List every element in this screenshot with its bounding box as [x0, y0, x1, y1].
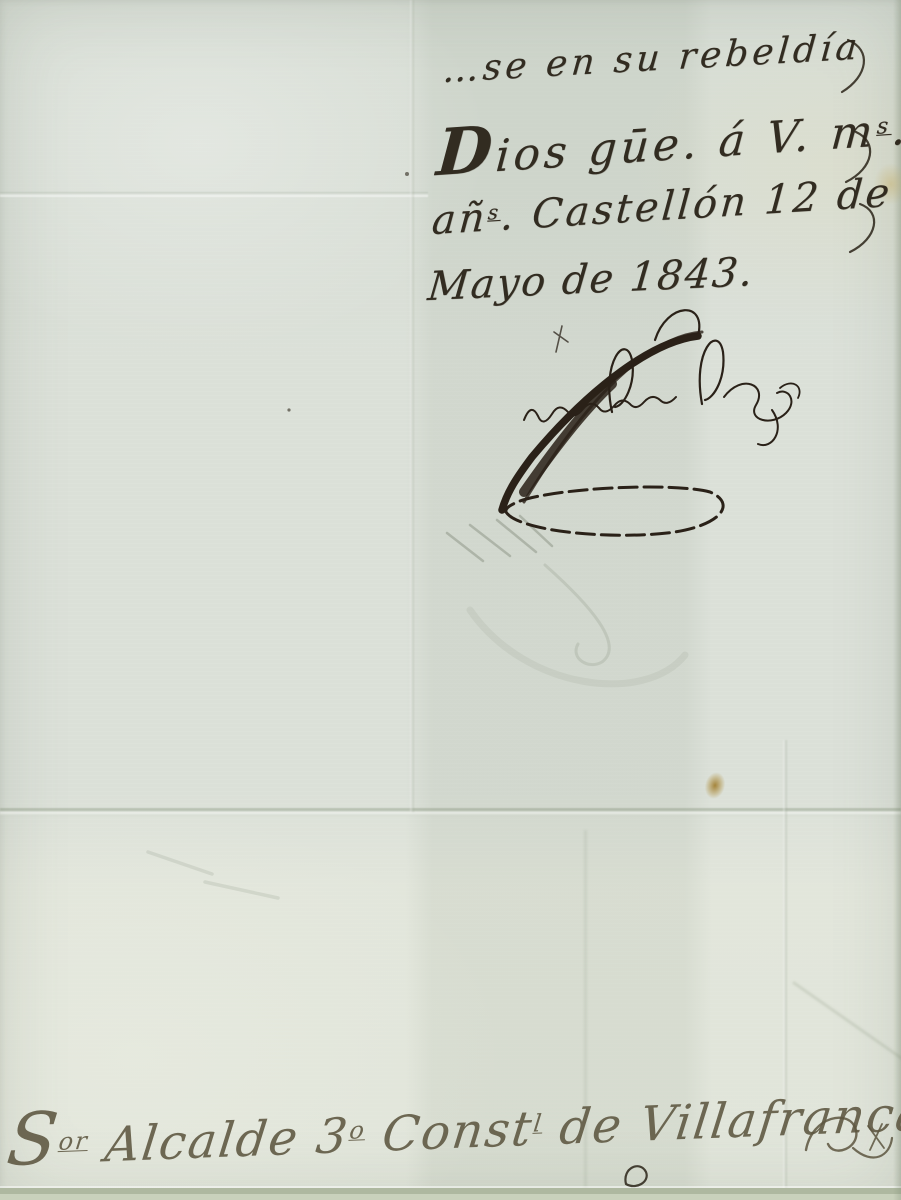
line-2-period: . [890, 103, 901, 156]
signature-main-sweep [502, 336, 698, 510]
signature-name-squiggle [524, 397, 676, 422]
signature-main-sweep-edge [524, 332, 702, 502]
manuscript-line-4-date: Mayo de 1843. [426, 249, 757, 310]
signature-rubric-loops [724, 384, 791, 421]
address-honorific-superscript: or [57, 1127, 90, 1156]
address-town: de Villafranca [539, 1086, 901, 1157]
signature-rubric [462, 292, 872, 557]
line-3-text: añ [430, 194, 489, 244]
fold-crease-horizontal-main [0, 808, 901, 816]
signature-tick-mark [554, 326, 568, 352]
paper-bottom-edge [0, 1186, 901, 1200]
signature-top-curl [655, 310, 699, 340]
bleedthrough-swashes [148, 565, 685, 898]
fold-crease-horizontal-upper [0, 192, 428, 197]
signature-tall-loop-2 [700, 341, 724, 404]
ink-age-stain-small [702, 770, 728, 801]
manuscript-letter-page: …se en su rebeldía Dios gūe. á V. ms. añ… [0, 0, 901, 1200]
address-constitutional: Const [362, 1101, 536, 1164]
paper-right-edge [893, 0, 901, 1200]
ink-dots [287, 172, 409, 412]
address-line: Sor Alcalde 3o Constl de Villafranca [3, 1062, 901, 1182]
signature-tall-loop-1 [609, 349, 633, 412]
fold-crease-vertical-left [410, 0, 414, 812]
signature-rubric-end-curl [780, 383, 800, 398]
bleedthrough-hatch-marks [447, 516, 552, 561]
manuscript-line-1: …se en su rebeldía [441, 27, 862, 92]
address-office: Alcalde 3 [85, 1108, 353, 1174]
signature-heavy-center [524, 384, 612, 492]
address-honorific: S [4, 1119, 62, 1177]
signature-rubric-descender [758, 410, 778, 445]
signature-oval-loop [506, 487, 723, 535]
